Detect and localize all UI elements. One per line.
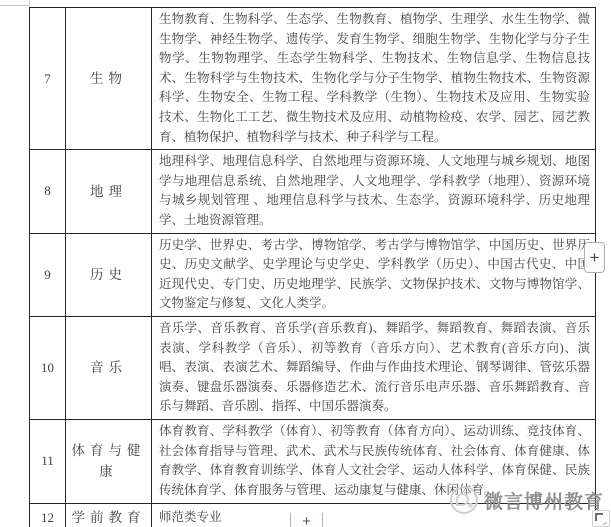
majors-list-cell: 体育教育、学科教学（体育）、初等教育（体育方向）、运动训练、竞技体育、社会体育指…: [152, 419, 596, 503]
subject-name-cell: 体育与健康: [66, 419, 152, 503]
row-number-cell: 11: [30, 419, 66, 503]
expand-side-button[interactable]: +: [584, 242, 605, 273]
subject-name-cell: 生物: [66, 8, 152, 150]
subject-name-cell: 音乐: [66, 316, 152, 419]
majors-list-cell: 师范类专业: [152, 503, 596, 527]
majors-list-cell: 地理科学、地理信息科学、自然地理与资源环境、人文地理与城乡规划、地图学与地理信息…: [152, 150, 596, 233]
subject-majors-table: 7 生物 生物教育、生物科学、生态学、生物教育、植物学、生理学、水生生物学、微生…: [29, 7, 596, 527]
row-number-cell: 12: [30, 503, 66, 527]
majors-list-cell: 历史学、世界史、考古学、博物馆学、考古学与博物馆学、中国历史、世界历史、历史文献…: [152, 233, 596, 316]
subject-name-cell: 学前教育: [66, 503, 152, 527]
majors-list-cell: 生物教育、生物科学、生态学、生物教育、植物学、生理学、水生生物学、微生物学、神经…: [152, 8, 596, 150]
table-row: 8 地理 地理科学、地理信息科学、自然地理与资源环境、人文地理与城乡规划、地图学…: [30, 150, 596, 233]
cropped-table-remnant-line-v: [29, 0, 30, 6]
cropped-table-remnant-line-h: [0, 5, 30, 6]
expand-bottom-button[interactable]: +: [290, 513, 323, 527]
row-number-cell: 10: [30, 316, 66, 419]
row-number-cell: 9: [30, 233, 66, 316]
row-number-cell: 7: [30, 8, 66, 150]
table-row: 9 历史 历史学、世界史、考古学、博物馆学、考古学与博物馆学、中国历史、世界历史…: [30, 233, 596, 316]
table-row: 7 生物 生物教育、生物科学、生态学、生物教育、植物学、生理学、水生生物学、微生…: [30, 8, 596, 150]
subject-name-cell: 地理: [66, 150, 152, 233]
table-row: 11 体育与健康 体育教育、学科教学（体育）、初等教育（体育方向）、运动训练、竞…: [30, 419, 596, 503]
corner-tool-icon[interactable]: [592, 510, 610, 527]
row-number-cell: 8: [30, 150, 66, 233]
subject-name-cell: 历史: [66, 233, 152, 316]
majors-list-cell: 音乐学、音乐教育、音乐学(音乐教育)、舞蹈学、舞蹈教育、舞蹈表演、音乐表演、学科…: [152, 316, 596, 419]
table-row: 10 音乐 音乐学、音乐教育、音乐学(音乐教育)、舞蹈学、舞蹈教育、舞蹈表演、音…: [30, 316, 596, 419]
